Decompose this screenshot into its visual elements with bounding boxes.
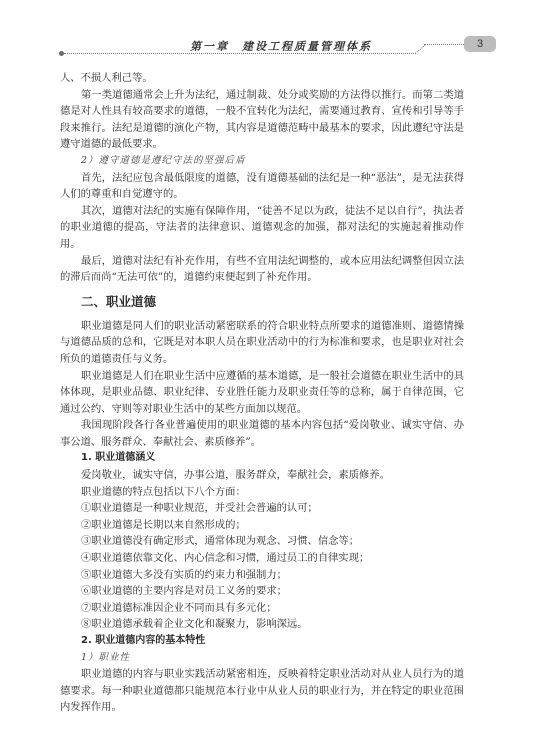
page-header: 第一章 建设工程质量管理体系 3 xyxy=(0,0,539,70)
list-item: ④职业道德依靠文化、内心信念和习惯，通过员工的自律实现； xyxy=(60,550,464,567)
section-heading: 二、职业道德 xyxy=(60,293,464,311)
list-item: ⑥职业道德的主要内容是对员工义务的要求； xyxy=(60,583,464,600)
header-dotted-rule-right xyxy=(424,44,464,45)
paragraph: 职业道德的内容与职业实践活动紧密相连，反映着特定职业活动对从业人员行为的道德要求… xyxy=(60,666,464,716)
header-slant-rule xyxy=(415,45,426,55)
subheading: 1）职业性 xyxy=(60,650,464,667)
list-item: ①职业道德是一种职业规范，并受社会普遍的认可； xyxy=(60,500,464,517)
paragraph: 职业道德的特点包括以下八个方面： xyxy=(60,484,464,501)
subsection-heading: 2. 职业道德内容的基本特性 xyxy=(60,633,464,650)
paragraph: 其次，道德对法纪的实施有保障作用，“徒善不足以为政，徒法不足以自行”，执法者的职… xyxy=(60,203,464,253)
list-item: ②职业道德是长期以来自然形成的； xyxy=(60,517,464,534)
paragraph: 第一类道德通常会上升为法纪，通过制裁、处分或奖励的方法得以推行。而第二类道德是对… xyxy=(60,87,464,153)
page-body: 人、不损人利己等。 第一类道德通常会上升为法纪，通过制裁、处分或奖励的方法得以推… xyxy=(60,70,464,716)
paragraph: 我国现阶段各行各业普遍使用的职业道德的基本内容包括“爱岗敬业、诚实守信、办事公道… xyxy=(60,417,464,450)
list-item: ③职业道德没有确定形式，通常体现为观念、习惯、信念等； xyxy=(60,533,464,550)
paragraph: 人、不损人利己等。 xyxy=(60,70,464,87)
subheading: 2）遵守道德是遵纪守法的坚强后盾 xyxy=(60,153,464,170)
page-number-badge: 3 xyxy=(464,36,496,52)
chapter-title: 第一章 建设工程质量管理体系 xyxy=(190,38,372,54)
paragraph: 首先，法纪应包含最低限度的道德，没有道德基础的法纪是一种“恶法”，是无法获得人们… xyxy=(60,170,464,203)
paragraph: 职业道德是同人们的职业活动紧密联系的符合职业特点所要求的道德准则、道德情操与道德… xyxy=(60,318,464,368)
list-item: ⑦职业道德标准因企业不同而具有多元化； xyxy=(60,600,464,617)
subsection-heading: 1. 职业道德涵义 xyxy=(60,450,464,467)
list-item: ⑤职业道德大多没有实质的约束力和强制力； xyxy=(60,567,464,584)
paragraph: 爱岗敬业，诚实守信，办事公道，服务群众，奉献社会，素质修养。 xyxy=(60,467,464,484)
paragraph: 职业道德是人们在职业生活中应遵循的基本道德，是一般社会道德在职业生活中的具体体现… xyxy=(60,368,464,418)
paragraph: 最后，道德对法纪有补充作用，有些不宜用法纪调整的，或本应用法纪调整但因立法的滞后… xyxy=(60,253,464,286)
list-item: ⑧职业道德承载着企业文化和凝聚力，影响深远。 xyxy=(60,616,464,633)
